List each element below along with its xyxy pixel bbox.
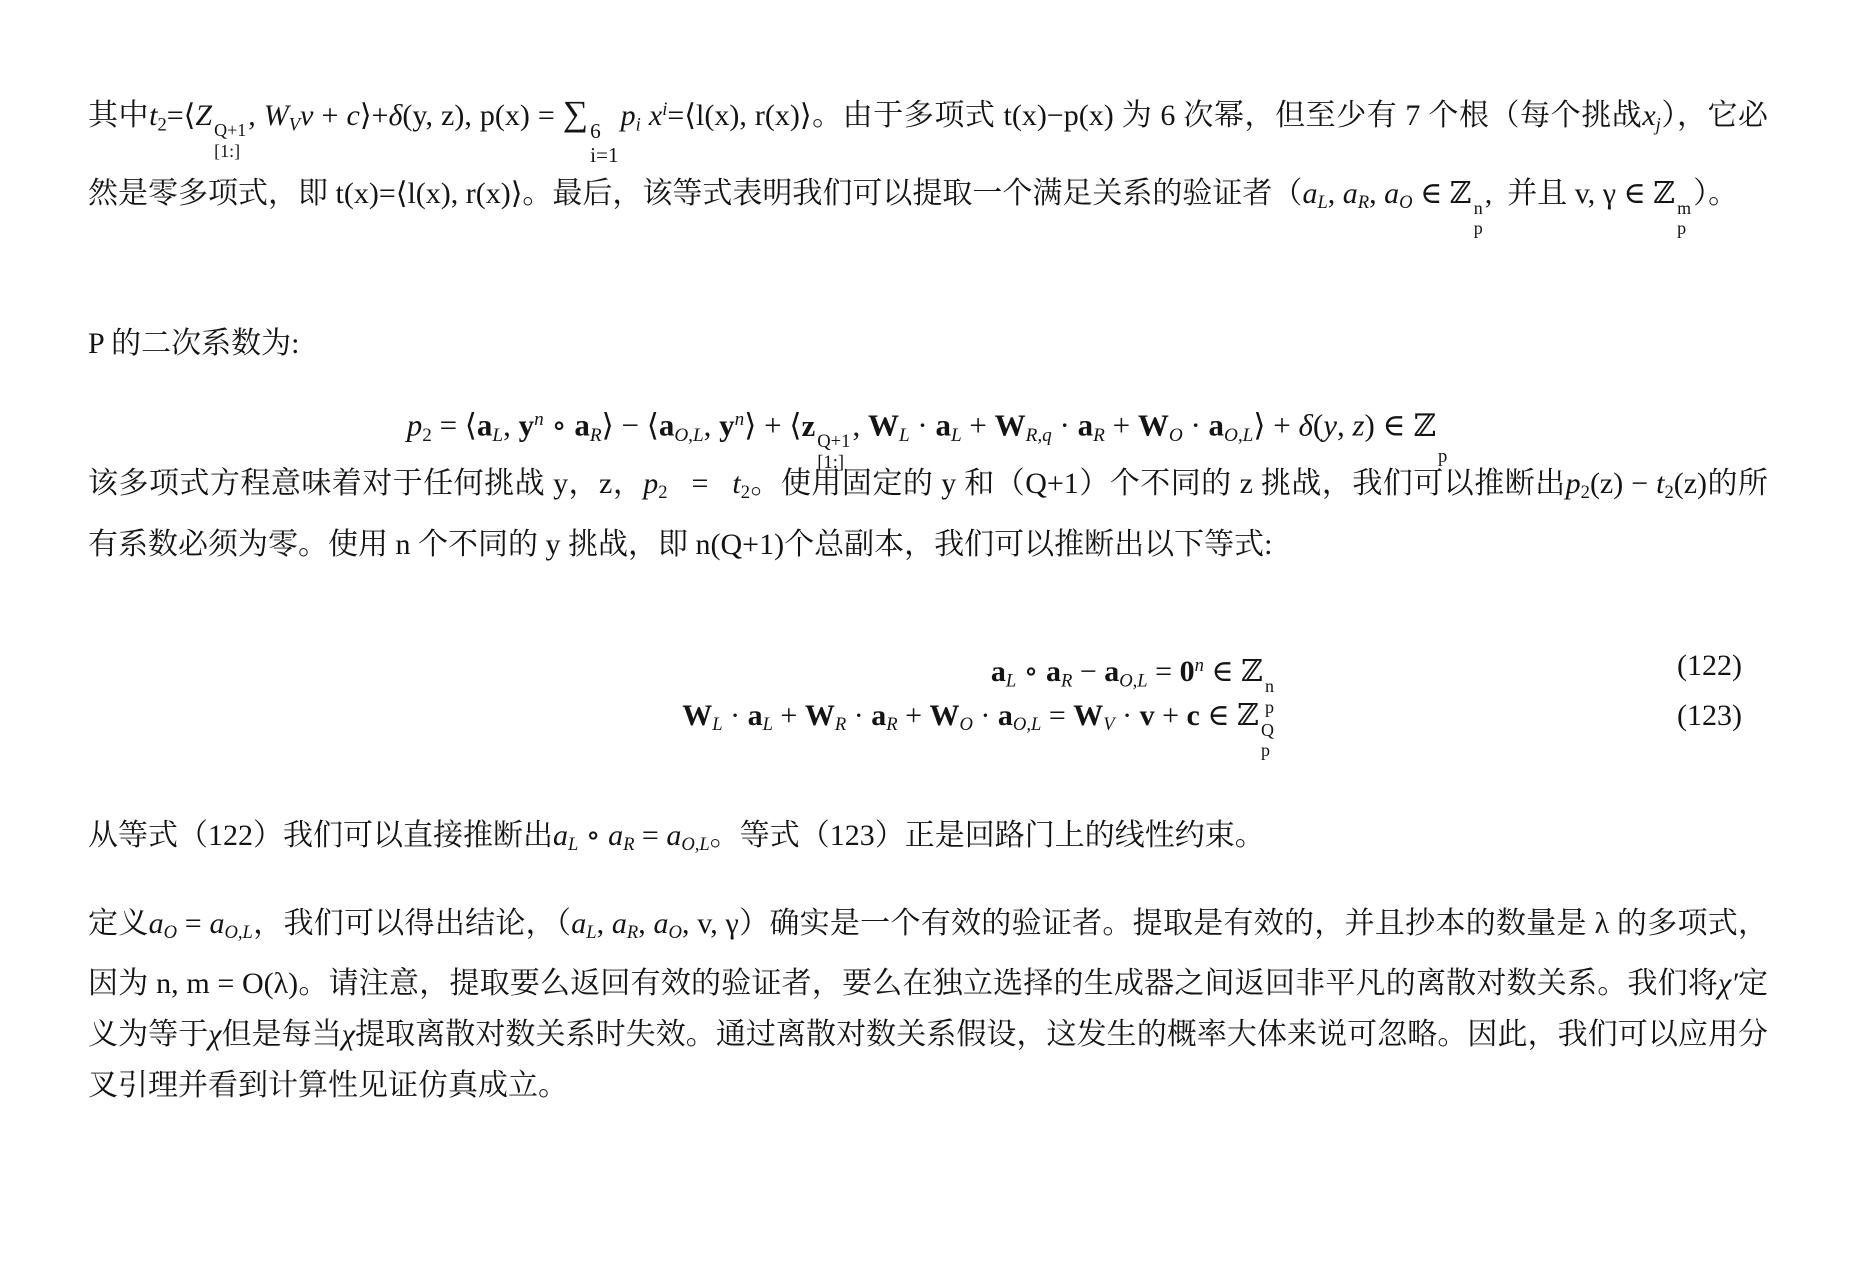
equation-row-123: WL · aL + WR · aR + WO · aO,L = WV · v +…	[88, 690, 1768, 760]
equation-122-number: (122)	[1677, 640, 1742, 692]
paragraph-valid-witness-conclusion: 定义aO = aO,L，我们可以得出结论，（aL, aR, aO, v, γ）确…	[88, 898, 1768, 1111]
equation-123-number: (123)	[1677, 690, 1742, 742]
document-page: 其中t2=⟨ZQ+1[1:], WVv + c⟩+δ(y, z), p(x) =…	[0, 0, 1856, 1276]
paragraph-equation-consequences: 从等式（122）我们可以直接推断出aL ∘ aR = aO,L。等式（123）正…	[88, 810, 1768, 871]
quadratic-coefficient-label: P 的二次系数为:	[88, 318, 1768, 370]
equation-123-body: WL · aL + WR · aR + WO · aO,L = WV · v +…	[88, 690, 1768, 760]
paragraph-t2-polynomial-extraction: 其中t2=⟨ZQ+1[1:], WVv + c⟩+δ(y, z), p(x) =…	[88, 84, 1768, 238]
paragraph-challenge-deduction: 该多项式方程意味着对于任何挑战 y，z，p2 = t2。使用固定的 y 和（Q+…	[88, 458, 1768, 571]
